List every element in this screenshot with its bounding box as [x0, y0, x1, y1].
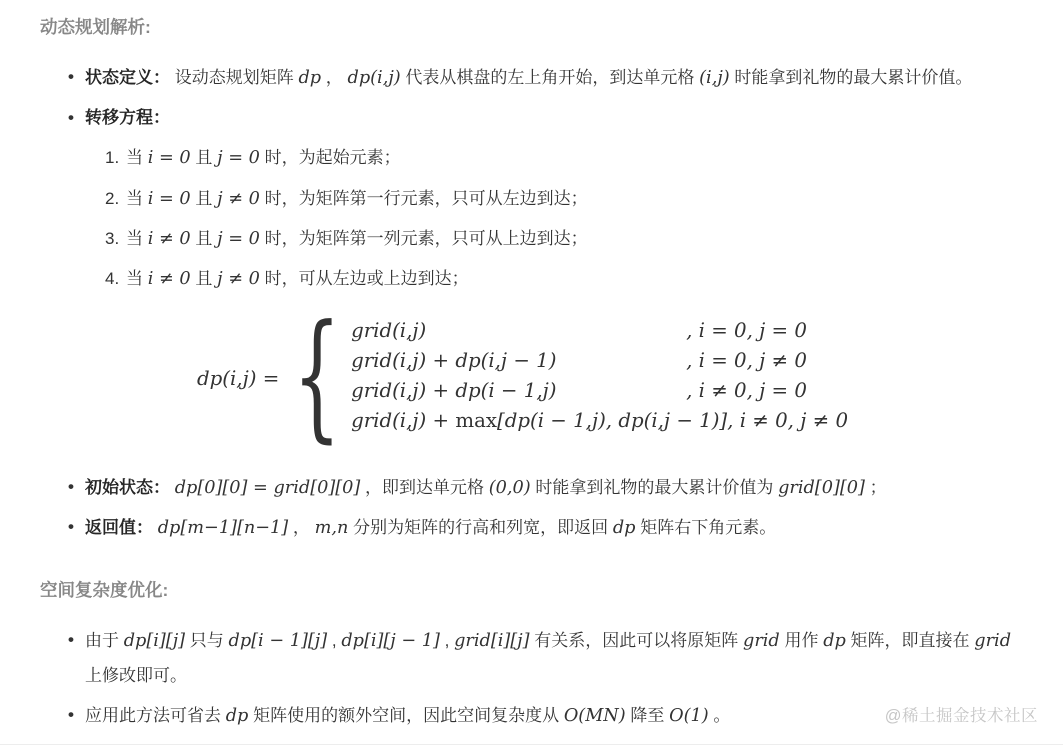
bullet-inplace-grid: 由于 dp[i][j] 只与 dp[i − 1][j] , dp[i][j − … — [85, 623, 1023, 694]
step-number: 2. — [105, 182, 121, 216]
step-case-3: 3.当 i ≠ 0 且 j = 0 时，为矩阵第一列元素，只可从上边到达； — [105, 222, 1023, 257]
bullet-initial-state: 初始状态： dp[0][0] = grid[0][0] ，即到达单元格 (0,0… — [85, 470, 1023, 506]
bullet-transfer-equation-label: 转移方程： — [85, 108, 170, 127]
step-number: 3. — [105, 222, 121, 256]
bullet-inplace-grid-text: 由于 dp[i][j] 只与 dp[i − 1][j] , dp[i][j − … — [85, 631, 1011, 685]
formula-condition: , i ≠ 0, j = 0 — [686, 379, 807, 403]
step-text: 当 i ≠ 0 且 j = 0 时，为矩阵第一列元素，只可从上边到达； — [126, 229, 588, 248]
dp-analysis-list: 状态定义： 设动态规划矩阵 dp ， dp(i,j) 代表从棋盘的左上角开始，到… — [40, 60, 1023, 298]
step-number: 1. — [105, 141, 121, 175]
article-content: 动态规划解析: 状态定义： 设动态规划矩阵 dp ， dp(i,j) 代表从棋盘… — [0, 0, 1063, 734]
step-number: 4. — [105, 262, 121, 296]
formula-lhs: dp(i,j) = — [197, 367, 279, 391]
formula-condition: , i ≠ 0, j ≠ 0 — [727, 409, 848, 433]
step-text: 当 i = 0 且 j = 0 时，为起始元素； — [126, 148, 401, 167]
step-case-1: 1.当 i = 0 且 j = 0 时，为起始元素； — [105, 141, 1023, 176]
dp-piecewise-formula: dp(i,j) = { grid(i,j) , i = 0, j = 0 gri… — [197, 314, 1023, 444]
bullet-return-value: 返回值： dp[m−1][n−1] ， m,n 分别为矩阵的行高和列宽，即返回 … — [85, 510, 1023, 546]
formula-expression: grid(i,j) + dp(i,j − 1) — [351, 349, 686, 373]
juejin-watermark: @稀土掘金技术社区 — [885, 702, 1038, 726]
step-case-4: 4.当 i ≠ 0 且 j ≠ 0 时，可从左边或上边到达； — [105, 262, 1023, 297]
bullet-initial-state-text: 初始状态： dp[0][0] = grid[0][0] ，即到达单元格 (0,0… — [85, 478, 887, 497]
formula-condition: , i = 0, j = 0 — [686, 319, 807, 343]
bullet-state-definition-text: 状态定义： 设动态规划矩阵 dp ， dp(i,j) 代表从棋盘的左上角开始，到… — [85, 68, 972, 87]
dp-analysis-list-2: 初始状态： dp[0][0] = grid[0][0] ，即到达单元格 (0,0… — [40, 470, 1023, 547]
section-heading-space-optimization: 空间复杂度优化: — [40, 577, 1023, 603]
formula-expression: grid(i,j) + dp(i − 1,j) — [351, 379, 686, 403]
formula-expression: grid(i,j) — [351, 319, 686, 343]
bullet-transfer-equation: 转移方程： 1.当 i = 0 且 j = 0 时，为起始元素； 2.当 i =… — [85, 101, 1023, 298]
bullet-state-definition: 状态定义： 设动态规划矩阵 dp ， dp(i,j) 代表从棋盘的左上角开始，到… — [85, 60, 1023, 96]
formula-row-2: grid(i,j) + dp(i,j − 1) , i = 0, j ≠ 0 — [351, 349, 848, 379]
formula-expression: grid(i,j) + max[dp(i − 1,j), dp(i,j − 1)… — [351, 409, 727, 433]
bullet-space-complexity: 应用此方法可省去 dp 矩阵使用的额外空间，因此空间复杂度从 O(MN) 降至 … — [85, 698, 1023, 734]
step-text: 当 i ≠ 0 且 j ≠ 0 时，可从左边或上边到达； — [126, 269, 469, 288]
transfer-equation-steps: 1.当 i = 0 且 j = 0 时，为起始元素； 2.当 i = 0 且 j… — [105, 141, 1023, 298]
bottom-divider — [0, 744, 1063, 745]
formula-row-1: grid(i,j) , i = 0, j = 0 — [351, 319, 848, 349]
formula-rows: grid(i,j) , i = 0, j = 0 grid(i,j) + dp(… — [351, 319, 848, 439]
left-curly-brace: { — [293, 314, 341, 438]
formula-condition: , i = 0, j ≠ 0 — [686, 349, 807, 373]
step-text: 当 i = 0 且 j ≠ 0 时，为矩阵第一行元素，只可从左边到达； — [126, 189, 588, 208]
bullet-return-value-text: 返回值： dp[m−1][n−1] ， m,n 分别为矩阵的行高和列宽，即返回 … — [85, 518, 776, 537]
section-heading-dp-analysis: 动态规划解析: — [40, 14, 1023, 40]
step-case-2: 2.当 i = 0 且 j ≠ 0 时，为矩阵第一行元素，只可从左边到达； — [105, 182, 1023, 217]
formula-row-3: grid(i,j) + dp(i − 1,j) , i ≠ 0, j = 0 — [351, 379, 848, 409]
formula-row-4: grid(i,j) + max[dp(i − 1,j), dp(i,j − 1)… — [351, 409, 848, 439]
space-optimization-list: 由于 dp[i][j] 只与 dp[i − 1][j] , dp[i][j − … — [40, 623, 1023, 734]
bullet-space-complexity-text: 应用此方法可省去 dp 矩阵使用的额外空间，因此空间复杂度从 O(MN) 降至 … — [85, 706, 730, 725]
